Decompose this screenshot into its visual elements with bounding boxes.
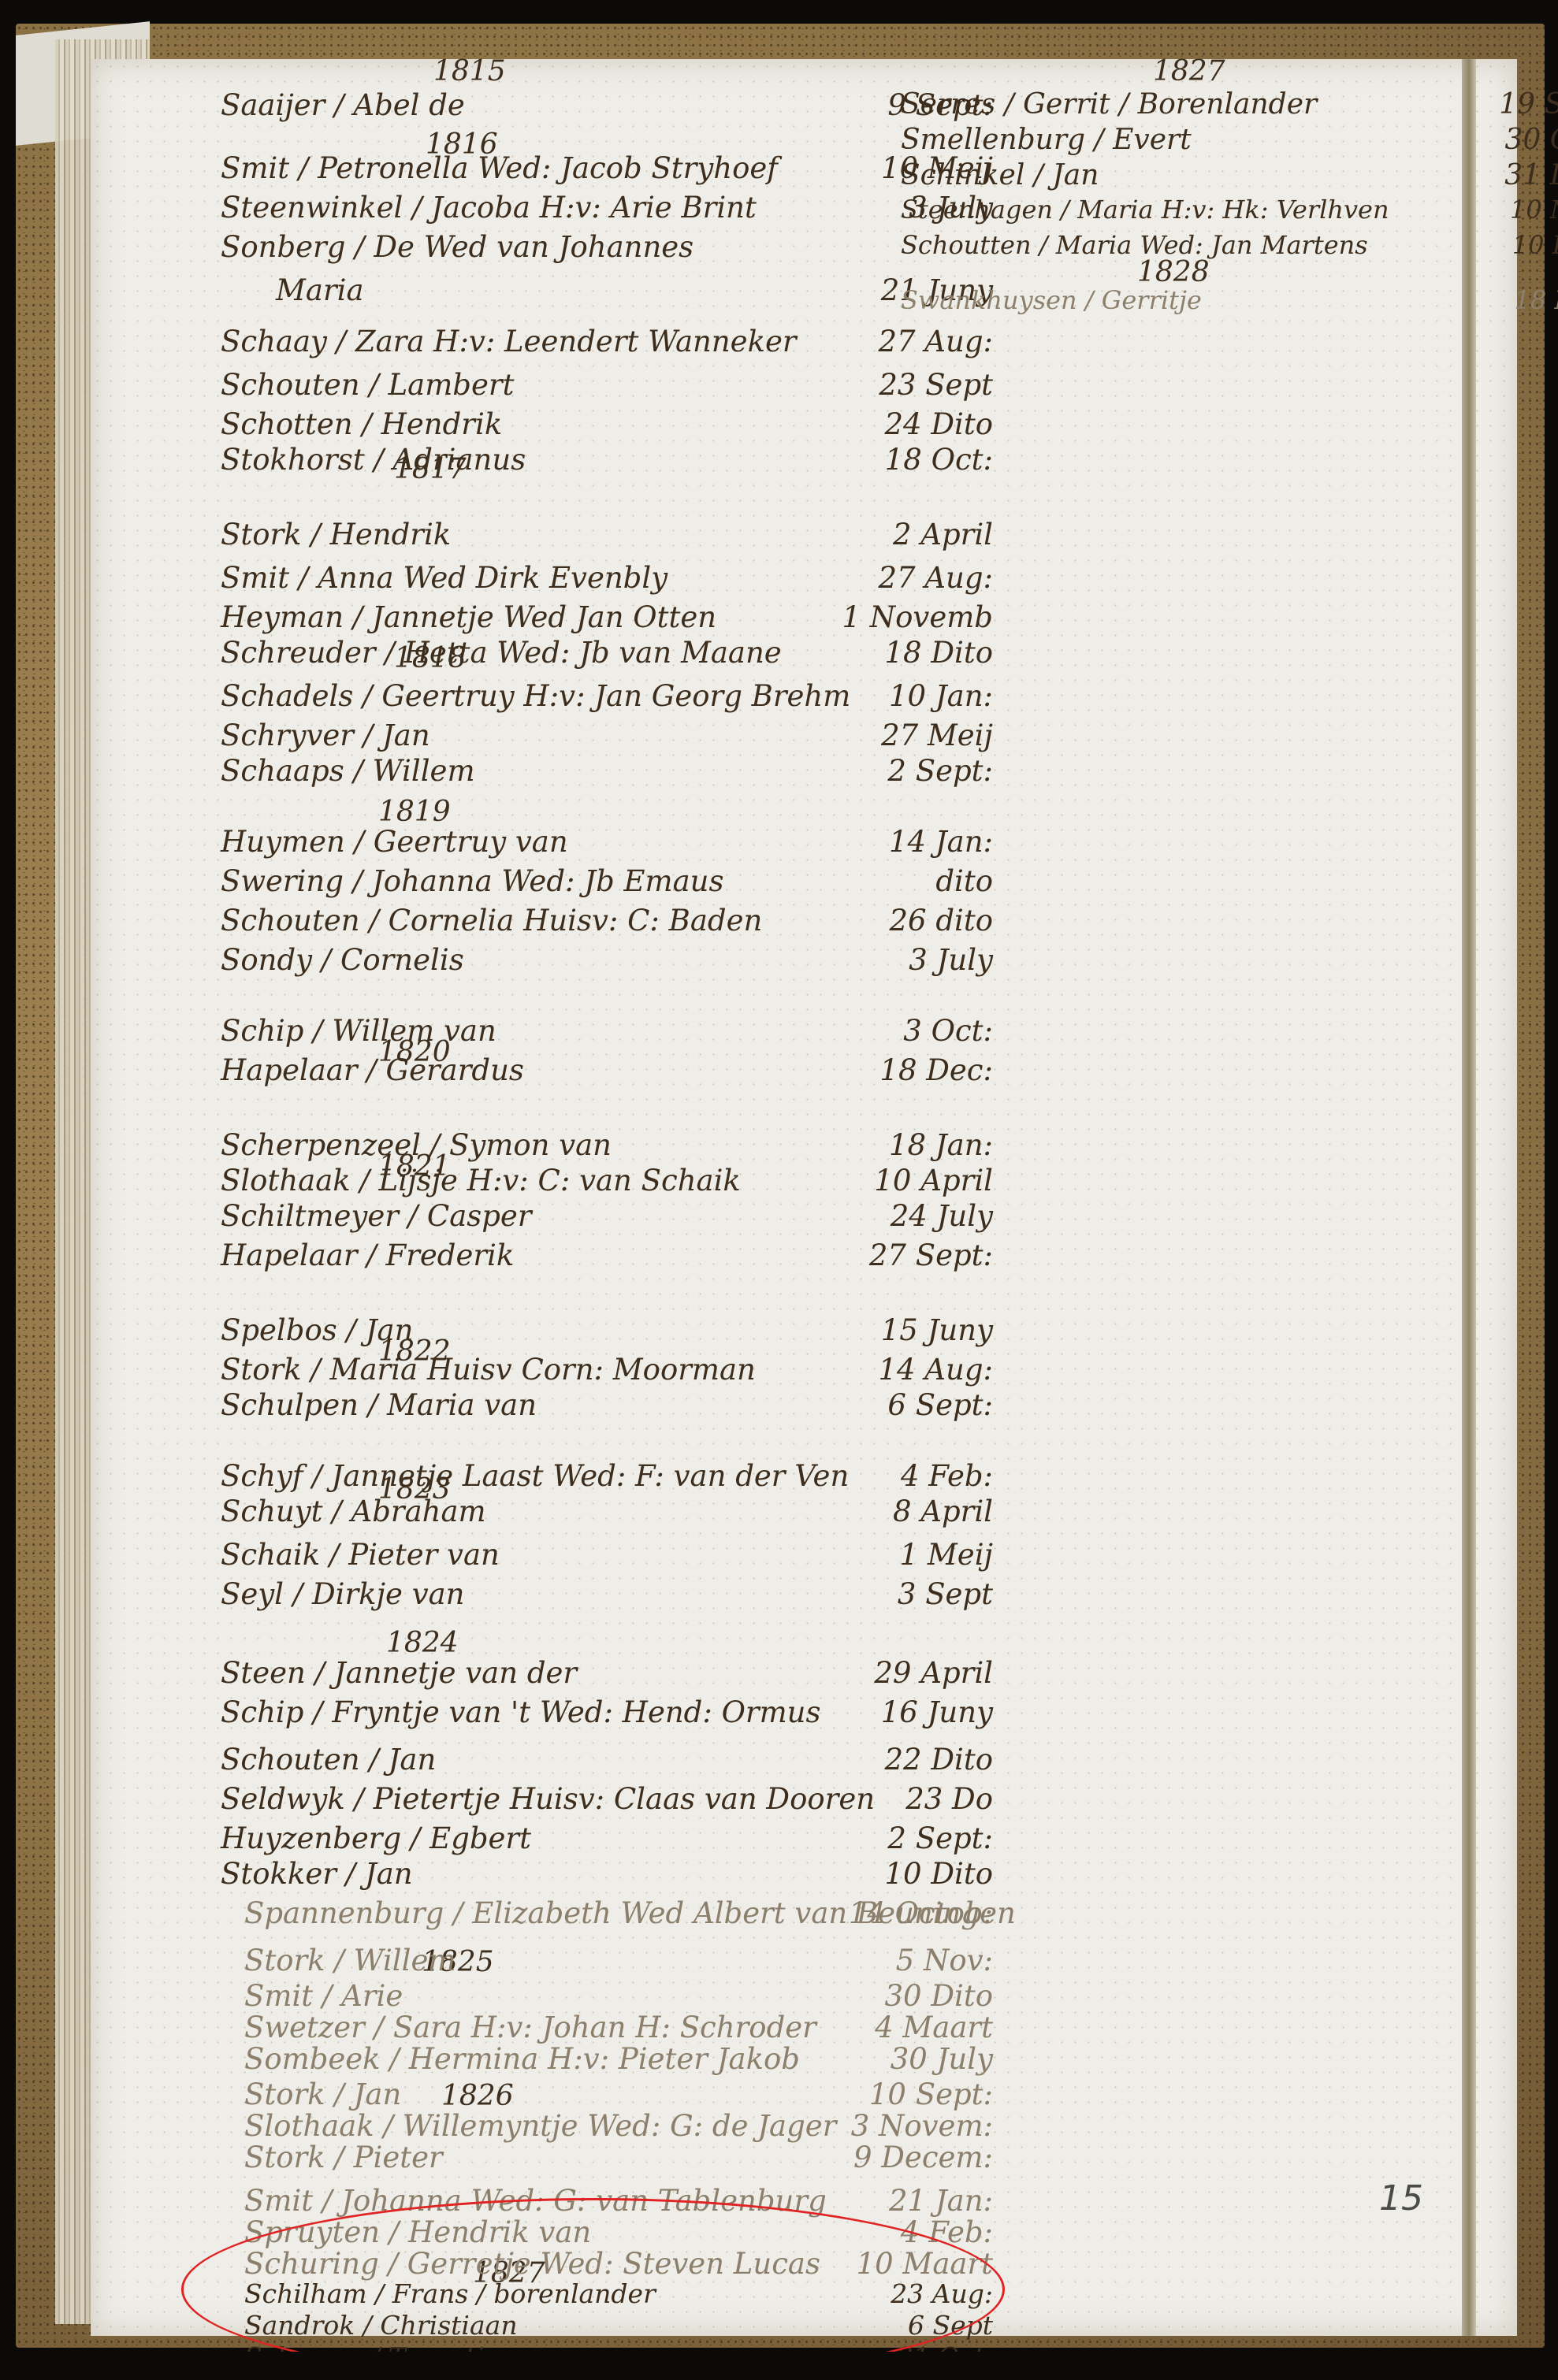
- year-heading: 1815: [433, 55, 506, 87]
- page-number: 15: [1379, 2178, 1423, 2218]
- register-page: 1815 1816 1817 1818 1819 1820 1821 1822 …: [91, 59, 1517, 2336]
- year-heading: 1826: [441, 2080, 514, 2112]
- year-heading: 1819: [378, 796, 451, 828]
- year-heading: 1824: [386, 1627, 459, 1659]
- background-bottom: [0, 2352, 1558, 2380]
- year-heading: 1827: [1153, 55, 1225, 87]
- page-fold: [1462, 59, 1476, 2336]
- year-heading: 1828: [1137, 256, 1210, 288]
